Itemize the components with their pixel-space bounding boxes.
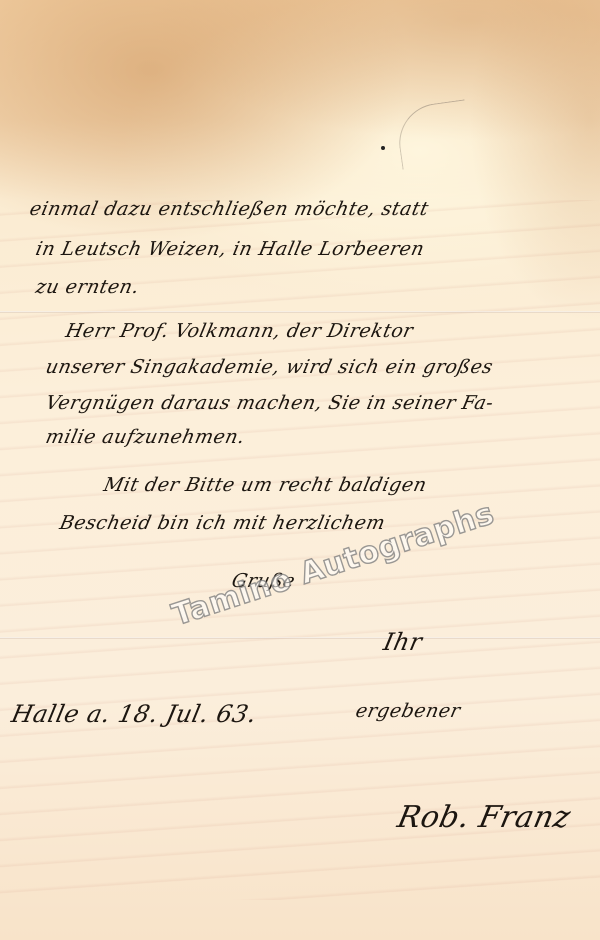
ink-bleed-through — [0, 200, 600, 900]
letter-line: unserer Singakademie, wird sich ein groß… — [44, 356, 495, 378]
fold-line-lower — [0, 637, 600, 639]
letter-line: in Leutsch Weizen, in Halle Lorbeeren — [34, 238, 427, 260]
dateline: Halle a. 18. Jul. 63. — [9, 700, 259, 728]
letter-line: milie aufzunehmen. — [44, 426, 247, 448]
closing-line-1: Ihr — [381, 628, 425, 656]
letter-line: Herr Prof. Volkmann, der Direktor — [64, 320, 416, 342]
closing-line-2: ergebener — [354, 700, 463, 722]
paper-hairline — [394, 99, 473, 169]
letter-line: einmal dazu entschließen möchte, statt — [28, 198, 431, 220]
letter-line: Bescheid bin ich mit herzlichem — [58, 512, 388, 534]
ink-dot — [381, 146, 385, 150]
letter-line: Vergnügen daraus machen, Sie in seiner F… — [44, 392, 496, 414]
fold-line-upper — [0, 311, 600, 313]
letter-page: einmal dazu entschließen möchte, statt i… — [0, 0, 600, 940]
signature: Rob. Franz — [394, 800, 574, 835]
letter-line: Mit der Bitte um recht baldigen — [102, 474, 429, 496]
letter-line: zu ernten. — [34, 276, 142, 298]
